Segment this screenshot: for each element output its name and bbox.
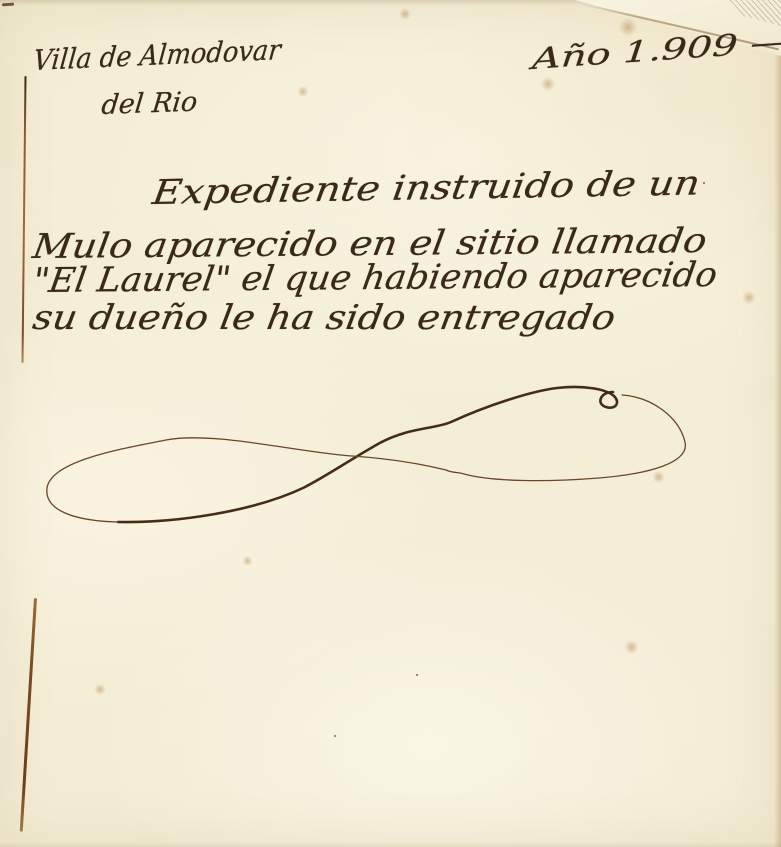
foxing-spot [242,556,253,566]
document-page: Villa de Almodovar del Rio Año 1.909 — E… [0,0,781,847]
place-name-line2: del Rio [100,87,199,121]
year-label: Año 1.909 — [531,24,781,76]
ink-speck [334,735,336,737]
signature-rubric [0,0,781,847]
foxing-spot [399,8,411,20]
place-name-line1: Villa de Almodovar [32,33,282,77]
foxing-spot [624,640,639,654]
rubric-stroke-thin [47,395,686,522]
body-line: "El Laurel" el que habiendo aparecido [30,255,720,301]
page-edge-shadow-right [774,0,781,847]
foxing-spot [618,18,638,36]
ink-speck [416,674,418,676]
page-edge-shadow-bottom [0,842,781,847]
foxing-spot [297,86,309,97]
foxing-spot [652,471,665,483]
foxing-spot [540,77,556,91]
rubric-stroke-bold [118,387,617,522]
ink-speck [703,182,705,184]
crease-bottom-left [20,598,37,832]
foxing-spot [742,291,756,304]
body-line: su dueño le ha sido entregado [30,298,618,338]
body-line: Expediente instruido de un [150,163,703,213]
foxing-spot [94,684,106,695]
crease-top-left [21,76,26,363]
